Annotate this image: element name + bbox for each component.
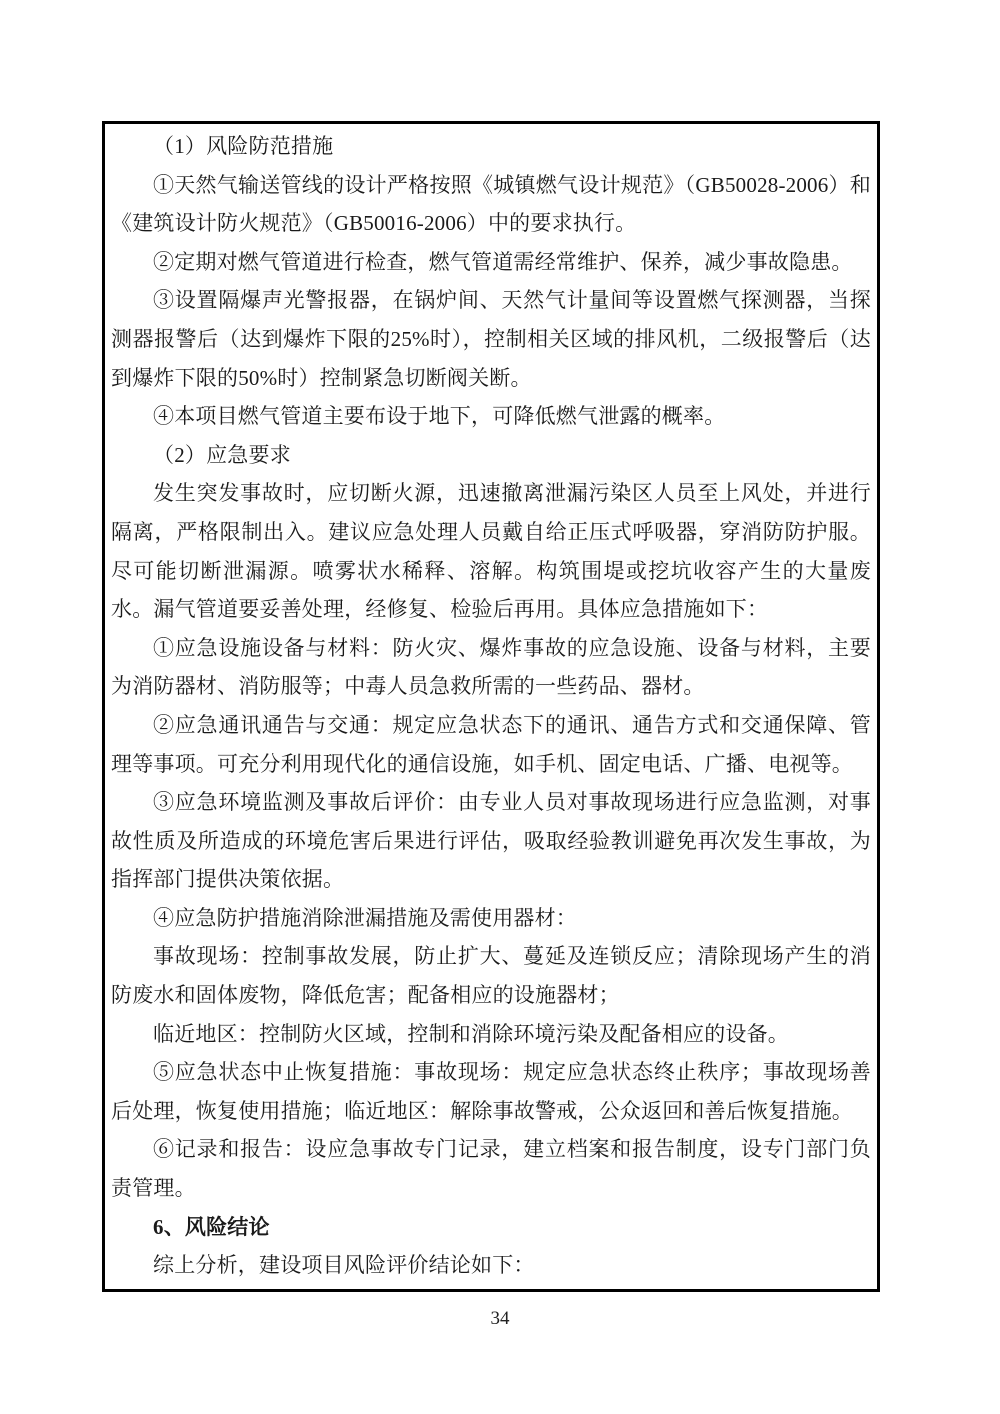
paragraph: ①天然气输送管线的设计严格按照《城镇燃气设计规范》（GB50028-2006）和… <box>111 166 871 243</box>
paragraph: ③设置隔爆声光警报器，在锅炉间、天然气计量间等设置燃气探测器，当探测器报警后（达… <box>111 281 871 397</box>
paragraph: ⑤应急状态中止恢复措施：事故现场：规定应急状态终止秩序；事故现场善后处理，恢复使… <box>111 1053 871 1130</box>
content-table-cell: （1）风险防范措施①天然气输送管线的设计严格按照《城镇燃气设计规范》（GB500… <box>102 121 880 1292</box>
paragraph: 发生突发事故时，应切断火源，迅速撤离泄漏污染区人员至上风处，并进行隔离，严格限制… <box>111 474 871 628</box>
paragraph: ②应急通讯通告与交通：规定应急状态下的通讯、通告方式和交通保障、管理等事项。可充… <box>111 706 871 783</box>
section-heading: 6、风险结论 <box>111 1208 871 1247</box>
paragraph: ⑥记录和报告：设应急事故专门记录，建立档案和报告制度，设专门部门负责管理。 <box>111 1130 871 1207</box>
paragraph: 综上分析，建设项目风险评价结论如下： <box>111 1246 871 1285</box>
paragraph: （1）风险防范措施 <box>111 127 871 166</box>
paragraph: （2）应急要求 <box>111 436 871 475</box>
page-number: 34 <box>0 1308 1000 1330</box>
paragraph: ①应急设施设备与材料：防火灾、爆炸事故的应急设施、设备与材料，主要为消防器材、消… <box>111 629 871 706</box>
document-page: （1）风险防范措施①天然气输送管线的设计严格按照《城镇燃气设计规范》（GB500… <box>0 0 1000 1414</box>
paragraph: ④应急防护措施消除泄漏措施及需使用器材： <box>111 899 871 938</box>
paragraph: ④本项目燃气管道主要布设于地下，可降低燃气泄露的概率。 <box>111 397 871 436</box>
paragraph: 临近地区：控制防火区域，控制和消除环境污染及配备相应的设备。 <box>111 1015 871 1054</box>
paragraph: ②定期对燃气管道进行检查，燃气管道需经常维护、保养，减少事故隐患。 <box>111 243 871 282</box>
paragraph: 事故现场：控制事故发展，防止扩大、蔓延及连锁反应；清除现场产生的消防废水和固体废… <box>111 937 871 1014</box>
paragraph: （1）拟建项目具有潜在的事故风险，尽管发生的概率较小，但要从建设、贮运等 <box>111 1285 871 1292</box>
paragraph: ③应急环境监测及事故后评价：由专业人员对事故现场进行应急监测，对事故性质及所造成… <box>111 783 871 899</box>
